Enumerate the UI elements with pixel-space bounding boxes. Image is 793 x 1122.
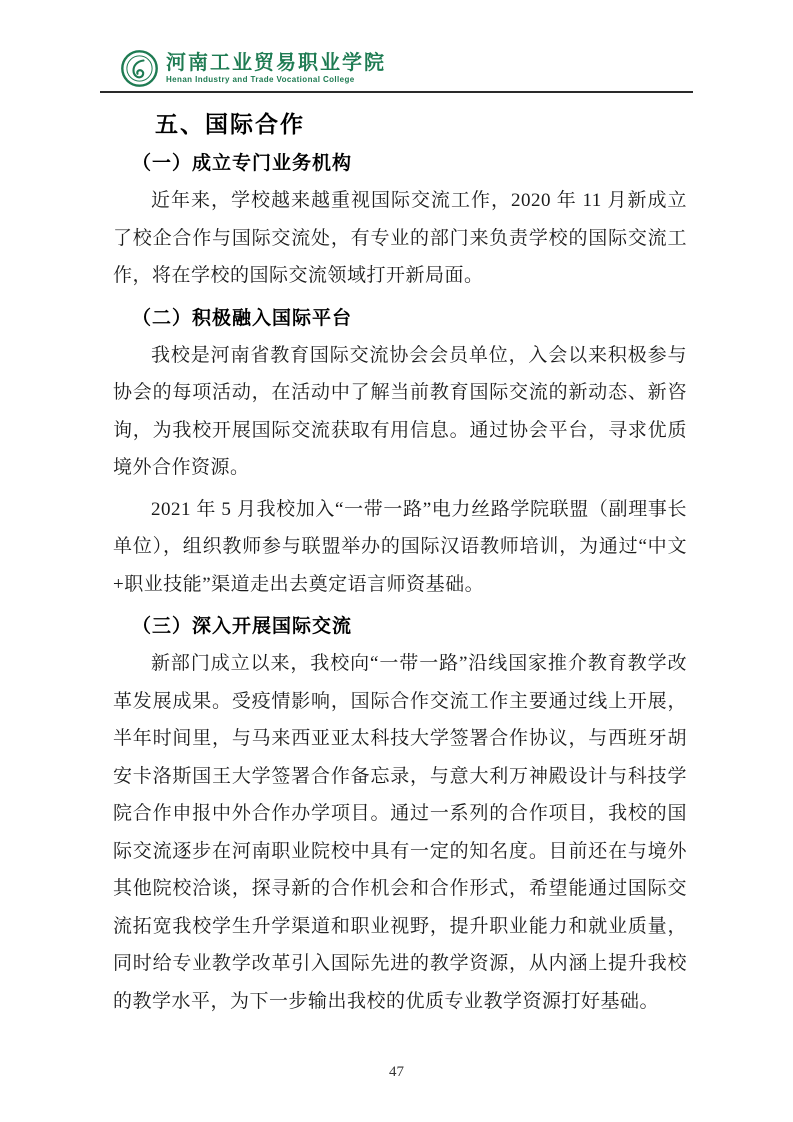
page-number: 47 (389, 1064, 404, 1081)
doc-title: 五、国际合作 (155, 108, 687, 140)
document-page: 河南工业贸易职业学院 Henan Industry and Trade Voca… (0, 0, 793, 1122)
section-heading-1: （一）成立专门业务机构 (132, 150, 687, 178)
section-heading-2: （二）积极融入国际平台 (132, 305, 687, 333)
college-logo-icon (121, 50, 158, 87)
paragraph: 我校是河南省教育国际交流协会会员单位，入会以来积极参与协会的每项活动，在活动中了… (113, 337, 687, 487)
paragraph: 2021 年 5 月我校加入“一带一路”电力丝路学院联盟（副理事长单位），组织教… (113, 491, 687, 604)
paragraph: 近年来，学校越来越重视国际交流工作，2020 年 11 月新成立了校企合作与国际… (113, 182, 687, 295)
document-body: 五、国际合作 （一）成立专门业务机构 近年来，学校越来越重视国际交流工作，202… (113, 108, 687, 1024)
org-name-en: Henan Industry and Trade Vocational Coll… (166, 76, 386, 85)
page-footer: 47 (0, 1032, 793, 1122)
paragraph: 新部门成立以来，我校向“一带一路”沿线国家推介教育教学改革发展成果。受疫情影响，… (113, 645, 687, 1020)
org-name-zh: 河南工业贸易职业学院 (166, 52, 386, 74)
section-heading-3: （三）深入开展国际交流 (132, 613, 687, 641)
header-divider (100, 91, 693, 93)
org-names: 河南工业贸易职业学院 Henan Industry and Trade Voca… (166, 52, 386, 85)
logo-row: 河南工业贸易职业学院 Henan Industry and Trade Voca… (121, 50, 386, 87)
